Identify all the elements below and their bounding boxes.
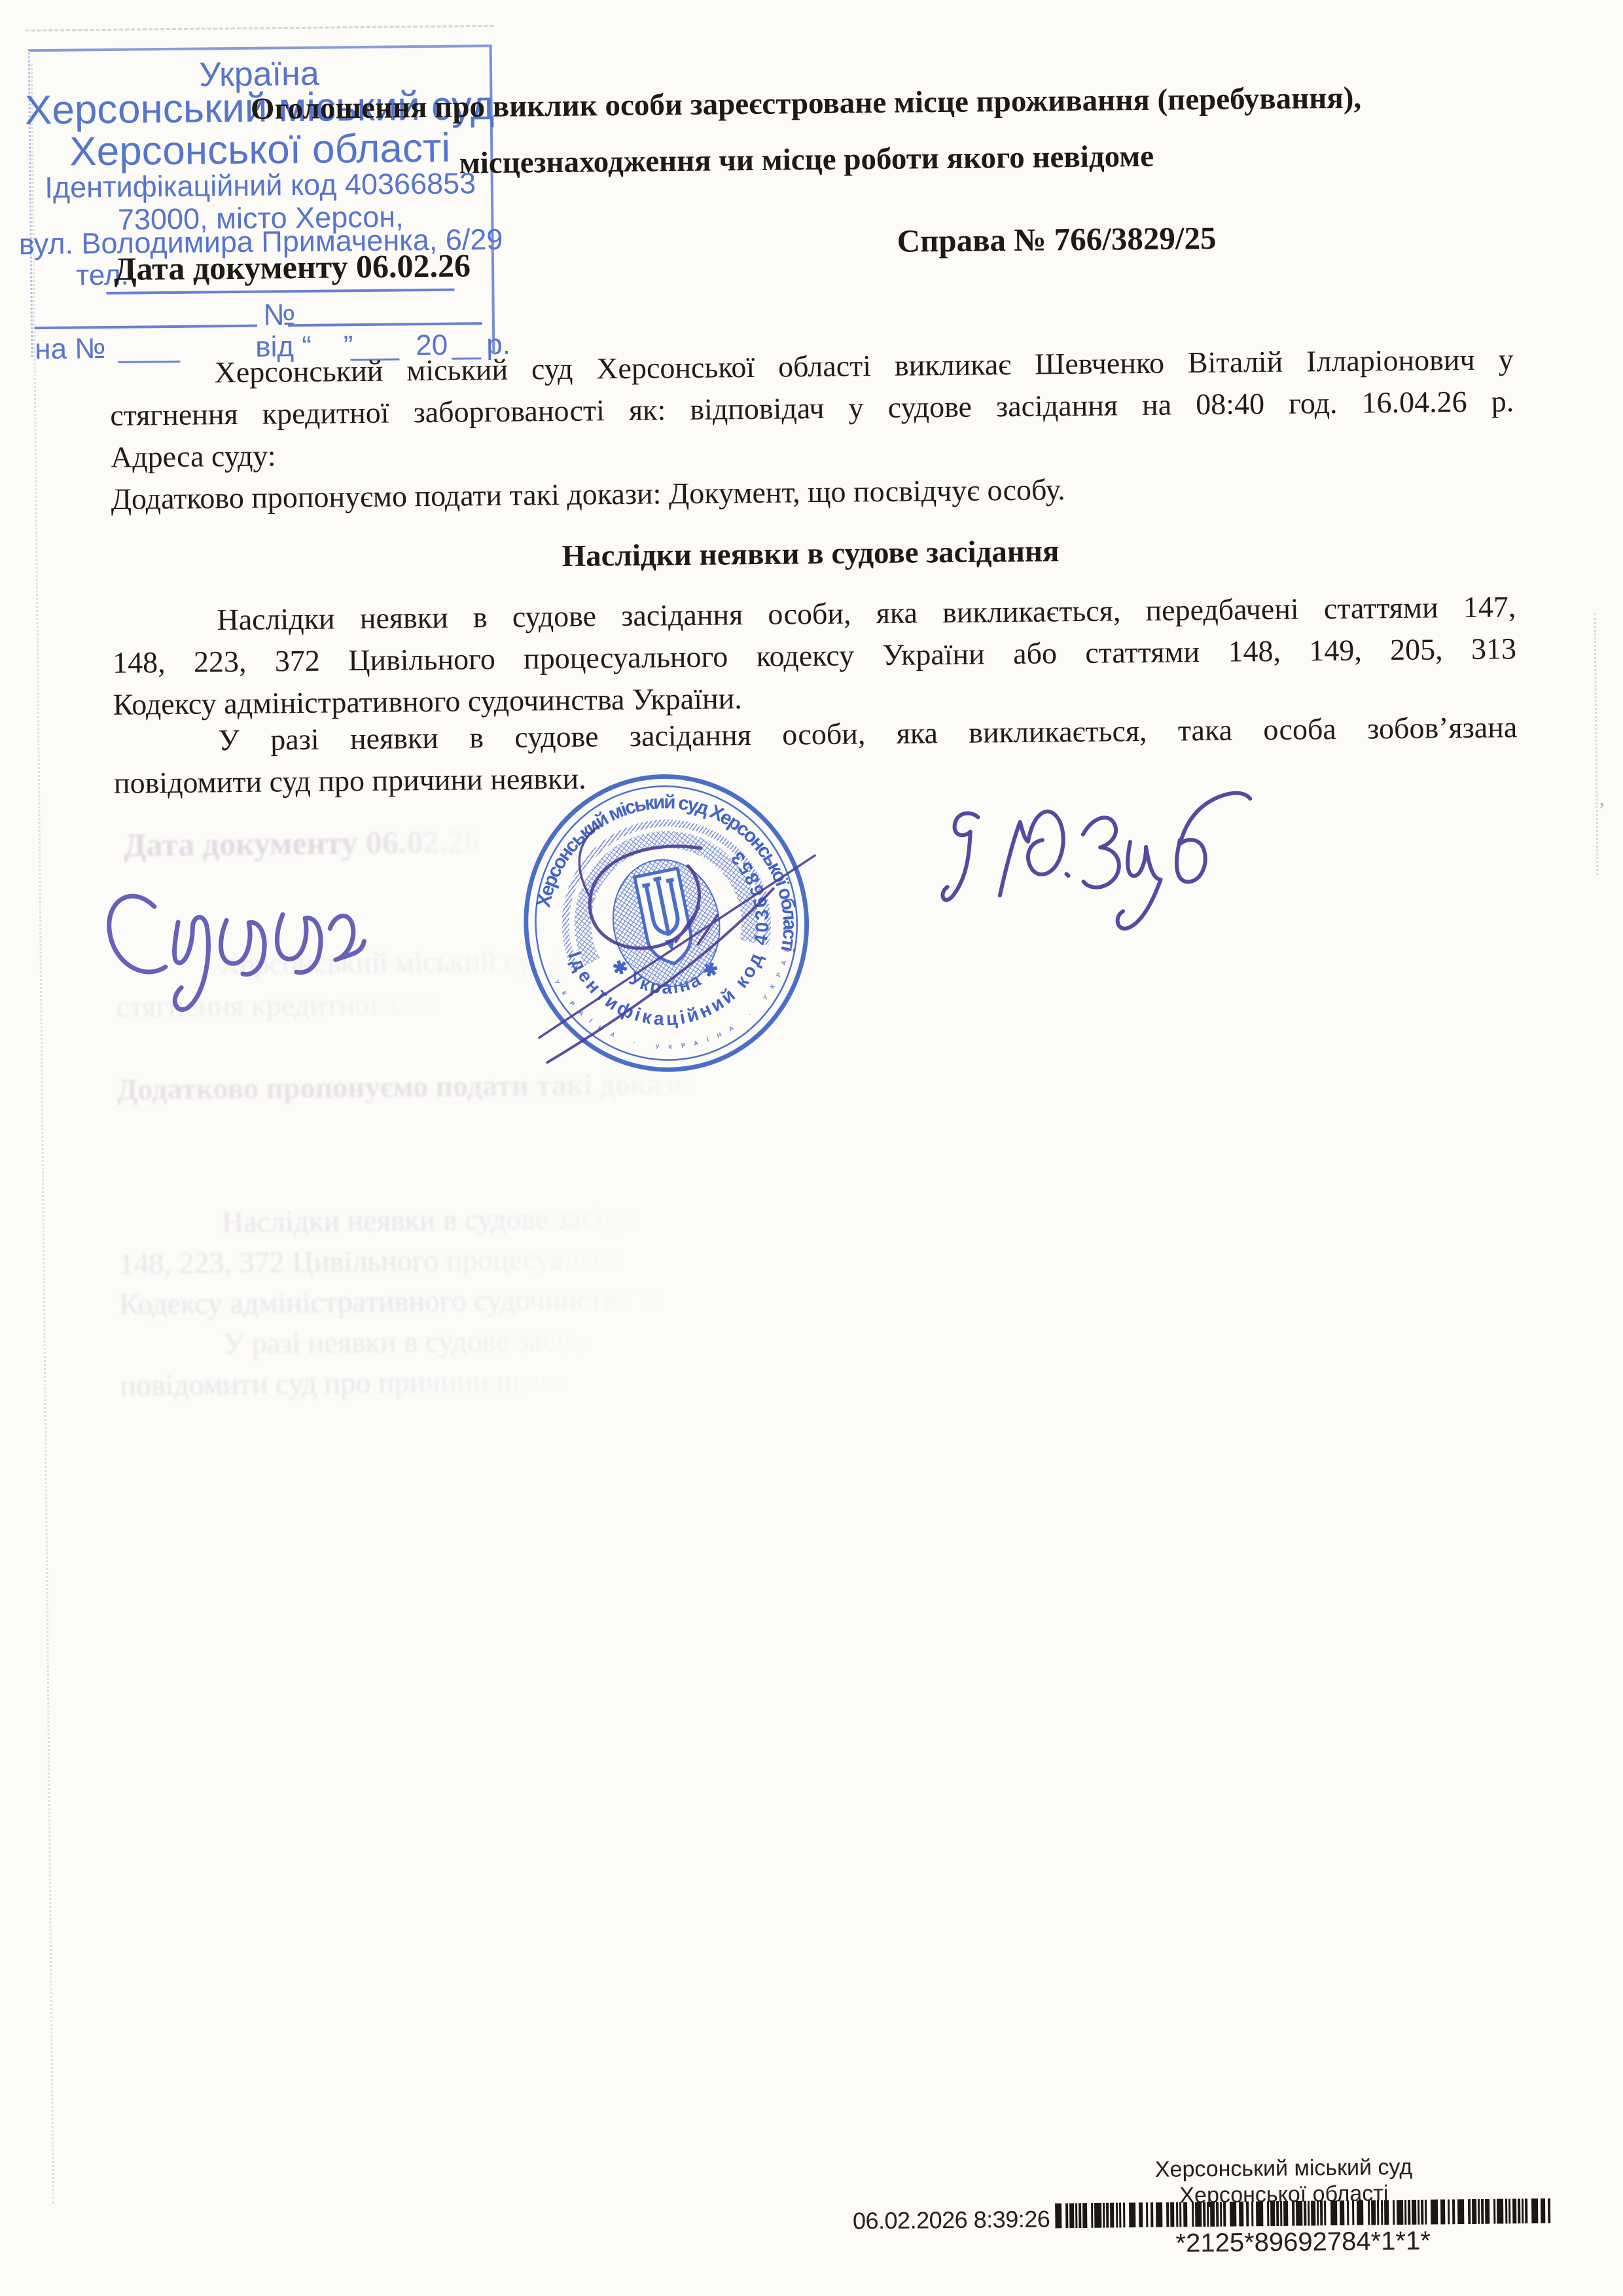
stamp-ref-from-label: на № — [35, 332, 106, 366]
barcode-value-text: *2125*89692784*1*1* — [1055, 2225, 1550, 2260]
footer-print-datetime: 06.02.2026 8:39:26 — [821, 2206, 1050, 2236]
ghost-line: У разі неявки в судове засідання осо — [223, 1322, 603, 1361]
judge-name-signature — [942, 793, 1251, 930]
ghost-line: Наслідки неявки в судове засідання осо — [222, 1200, 654, 1240]
judge-word-handwriting — [109, 894, 365, 1011]
footer-court-line-1: Херсонський міський суд — [1087, 2154, 1480, 2183]
scan-smudge-line — [25, 25, 493, 31]
case-number: Справа № 766/3829/25 — [897, 219, 1216, 260]
page-content: ’ Дата документу 06.02.26 Херсонський мі… — [0, 0, 1623, 2296]
handwritten-ink-layer — [1, 705, 1623, 1179]
ghost-line: 148, 223, 372 Цивільного процесуального … — [118, 1241, 642, 1281]
document-date-label: Дата документу — [114, 248, 348, 287]
document-date-line: Дата документу 06.02.26 — [114, 246, 471, 288]
seal-signature-strokes — [537, 824, 817, 1062]
section-heading: Наслідки неявки в судове засідання — [107, 529, 1514, 579]
document-date-value: 06.02.26 — [356, 247, 471, 285]
scanned-court-document: ’ Дата документу 06.02.26 Херсонський мі… — [0, 0, 1623, 2296]
summons-paragraph: Херсонський міський суд Херсонської обла… — [109, 342, 1514, 524]
ghost-line: Кодексу адміністративного судочинства Ук… — [119, 1281, 682, 1321]
ghost-line: повідомити суд про причини неявки — [120, 1363, 579, 1403]
barcode — [1055, 2198, 1550, 2229]
